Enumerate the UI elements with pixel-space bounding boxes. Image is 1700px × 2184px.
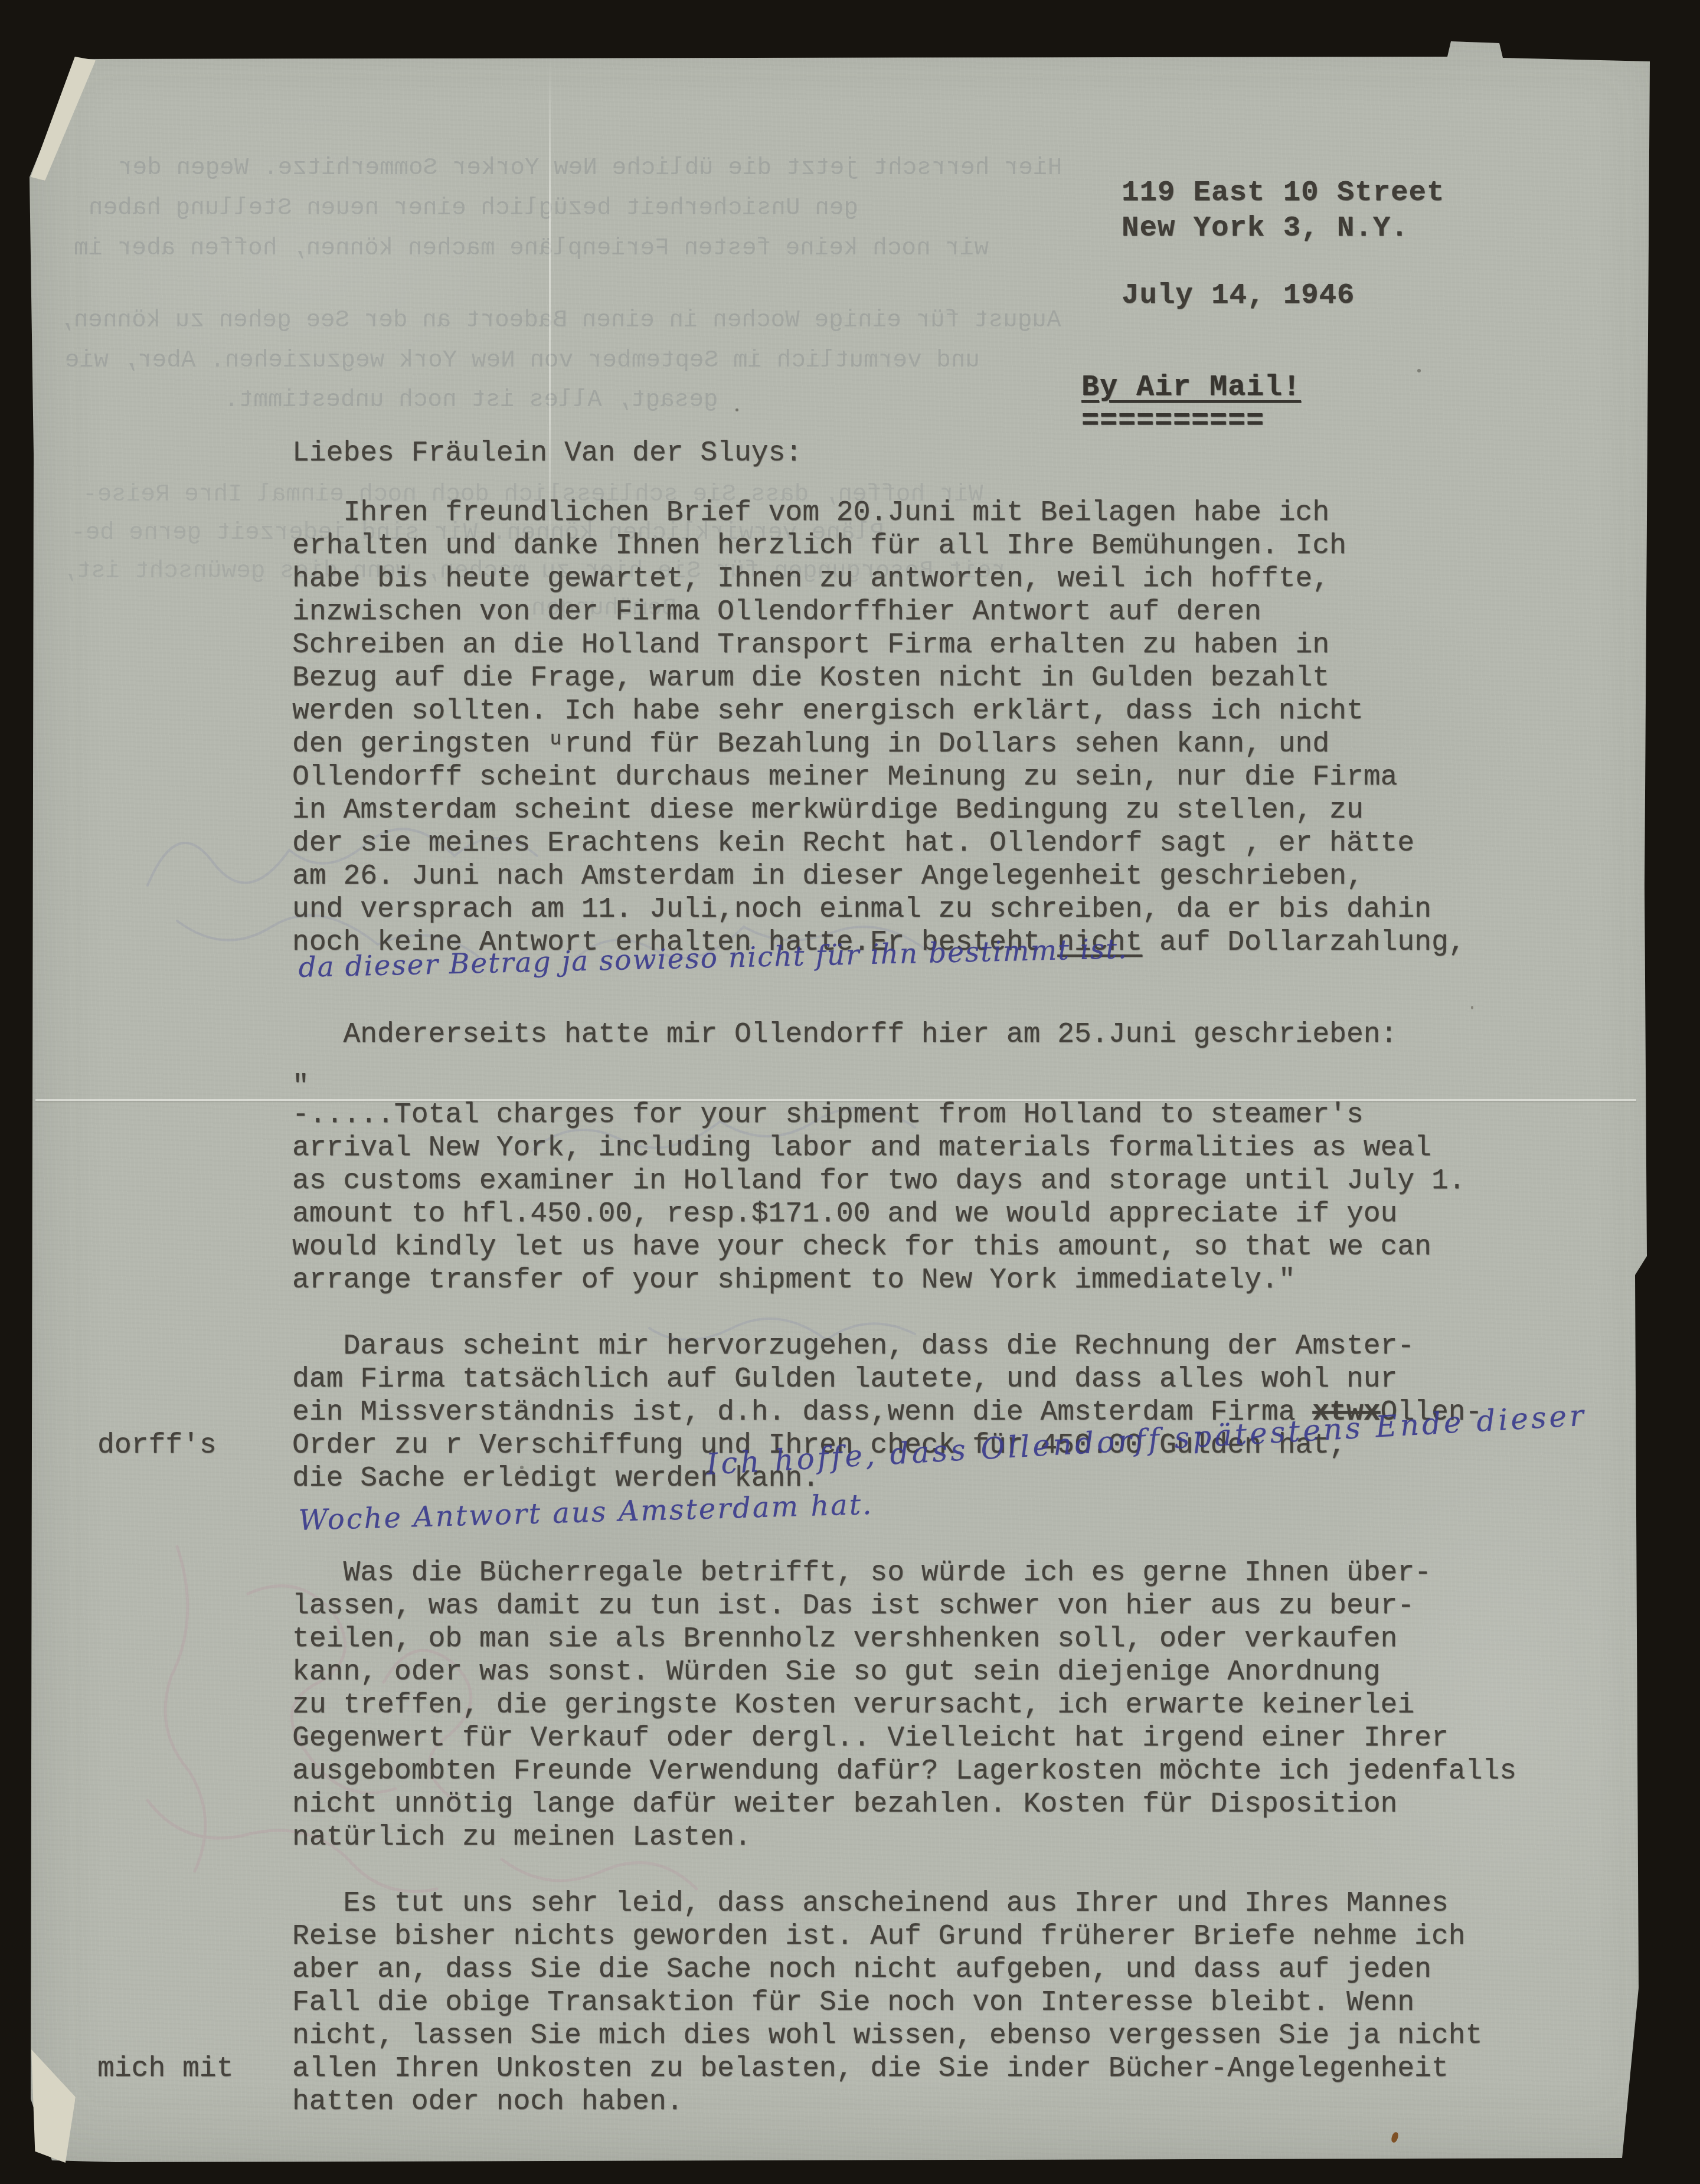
margin-note [97,629,292,662]
typed-line: dam Firma tatsächlich auf Gulden lautete… [97,1363,1516,1396]
typed-text: Gegenwert für Verkauf oder dergl.. Viell… [292,1722,1449,1755]
bleedthrough-line: August für einige Wochen in einen Badeor… [59,307,1061,334]
typed-text: Es tut uns sehr leid, dass anscheinend a… [292,1887,1449,1920]
typed-text: nicht unnötig lange dafür weiter bezahle… [292,1788,1397,1821]
typed-line: Gegenwert für Verkauf oder dergl.. Viell… [97,1722,1516,1755]
margin-note [97,1656,292,1689]
typed-line: ausgebombten Freunde Verwendung dafür? L… [97,1755,1516,1788]
typed-text: Bezug auf die Frage, warum die Kosten ni… [292,662,1329,695]
typed-text: nicht, lassen Sie mich dies wohl wissen,… [292,2019,1482,2052]
airmail-note: By Air Mail! [1081,371,1301,404]
typed-text: werden sollten. Ich habe sehr energisch … [292,695,1364,728]
margin-note [97,827,292,860]
typed-text: kann, oder was sonst. Würden Sie so gut … [292,1656,1381,1689]
typed-line: arrange transfer of your shipment to New… [97,1264,1516,1297]
typed-line: nicht unnötig lange dafür weiter bezahle… [97,1788,1516,1821]
margin-note [97,2085,292,2118]
typed-text: teilen, ob man sie als Brennholz vershhe… [292,1623,1397,1656]
typed-line: zu treffen, die geringste Kosten verursa… [97,1689,1516,1722]
margin-note: mich mit [97,2052,292,2085]
typed-text: aber an, dass Sie die Sache noch nicht a… [292,1953,1431,1986]
typed-text: arrival New York, including labor and ma… [292,1132,1431,1165]
typed-text: Andererseits hatte mir Ollendorff hier a… [292,1018,1397,1051]
margin-note [97,596,292,629]
typed-text: allen Ihren Unkosten zu belasten, die Si… [292,2052,1449,2085]
margin-note [97,1920,292,1953]
typed-line: teilen, ob man sie als Brennholz vershhe… [97,1623,1516,1656]
margin-note [97,1363,292,1396]
margin-note [97,926,292,959]
bleedthrough-line: gesagt, Alles ist noch unbestimmt. [224,387,718,414]
bleedthrough-line: und vermutlich im September von New York… [65,347,980,374]
typed-text: am 26. Juni nach Amsterdam in dieser Ang… [292,860,1364,893]
typed-line: Schreiben an die Holland Transport Firma… [97,629,1516,662]
margin-note [97,695,292,728]
margin-note [97,1986,292,2019]
margin-note [97,893,292,926]
sender-address: 119 East 10 Street New York 3, N.Y. July… [1122,175,1444,313]
typed-line: -.....Total charges for your shipment fr… [97,1098,1516,1132]
typed-line: und versprach am 11. Juli,noch einmal zu… [97,893,1516,926]
margin-note [97,662,292,695]
margin-note [97,761,292,794]
typed-line: erhalten und danke Ihnen herzlich für al… [97,529,1516,563]
letter-scan: Hier herrscht jetzt die übliche New York… [0,0,1700,2184]
typed-line: werden sollten. Ich habe sehr energisch … [97,695,1516,728]
margin-note [97,1396,292,1429]
margin-note: dorff's [97,1429,292,1462]
typed-line: Daraus scheint mir hervorzugehen, dass d… [97,1330,1516,1363]
typed-text: zu treffen, die geringste Kosten verursa… [292,1689,1414,1722]
typed-text: Fall die obige Transaktion für Sie noch … [292,1986,1414,2019]
typed-line: would kindly let us have your check for … [97,1231,1516,1264]
letter-paper: Hier herrscht jetzt die übliche New York… [0,0,1700,2184]
typed-line: Ihren freundlichen Brief vom 20.Juni mit… [97,496,1516,529]
typed-line: Reise bisher nichts geworden ist. Auf Gr… [97,1920,1516,1953]
typed-text: amount to hfl.450.00, resp.$171.00 and w… [292,1198,1397,1231]
margin-note [97,1722,292,1755]
address-line-2: New York 3, N.Y. [1122,210,1444,246]
typed-line: Es tut uns sehr leid, dass anscheinend a… [97,1887,1516,1920]
typed-line: am 26. Juni nach Amsterdam in dieser Ang… [97,860,1516,893]
typed-text: Reise bisher nichts geworden ist. Auf Gr… [292,1920,1466,1953]
typed-text: lassen, was damit zu tun ist. Das ist sc… [292,1590,1414,1623]
typed-line: Bezug auf die Frage, warum die Kosten ni… [97,662,1516,695]
bleedthrough-line: gen Unsicherheit bezüglich einer neuen S… [89,195,858,222]
bleedthrough-line: wir noch keine festen Ferienpläne machen… [74,235,989,262]
typed-text: Ollendorff scheint durchaus meiner Meinu… [292,761,1397,794]
typed-line: aber an, dass Sie die Sache noch nicht a… [97,1953,1516,1986]
margin-note [97,2019,292,2052]
margin-note [97,1462,292,1495]
typed-line: Liebes Fräulein Van der Sluys: [97,437,1516,470]
scan-background: { "scan": { "background_color": "#17140f… [0,0,1700,2184]
typed-text: dam Firma tatsächlich auf Gulden lautete… [292,1363,1397,1396]
margin-note [97,1098,292,1132]
margin-note [97,496,292,529]
margin-note [97,1887,292,1920]
paper-speck [735,408,738,411]
typed-rows: Liebes Fräulein Van der Sluys: Ihren fre… [97,437,1516,2118]
typed-line: " [97,1075,1516,1098]
margin-note [97,1264,292,1297]
typed-text: Was die Bücherregale betrifft, so würde … [292,1557,1431,1590]
typed-text: ausgebombten Freunde Verwendung dafür? L… [292,1755,1516,1788]
margin-note [97,794,292,827]
margin-note [97,860,292,893]
margin-note [97,1198,292,1231]
typed-line: arrival New York, including labor and ma… [97,1132,1516,1165]
margin-note [97,1953,292,1986]
typed-text: would kindly let us have your check for … [292,1231,1431,1264]
typed-line: Andererseits hatte mir Ollendorff hier a… [97,1018,1516,1051]
margin-note [97,1132,292,1165]
typed-text: Liebes Fräulein Van der Sluys: [292,437,802,470]
letter-date: July 14, 1946 [1122,277,1444,313]
bleedthrough-line: Hier herrscht jetzt die übliche New York… [118,155,1062,182]
typed-line: mich mitallen Ihren Unkosten zu belasten… [97,2052,1516,2085]
typed-text: -.....Total charges for your shipment fr… [292,1098,1364,1132]
typed-text: Ihren freundlichen Brief vom 20.Juni mit… [292,496,1329,529]
typed-text: der sie meines Erachtens kein Recht hat.… [292,827,1414,860]
typed-line: hatten oder noch haben. [97,2085,1516,2118]
airmail-underline: ========== [1081,405,1264,439]
margin-note [97,1018,292,1051]
typed-line: der sie meines Erachtens kein Recht hat.… [97,827,1516,860]
margin-note [97,529,292,563]
paper-speck [1390,2131,1399,2143]
typed-text: hatten oder noch haben. [292,2085,684,2118]
typed-line: nicht, lassen Sie mich dies wohl wissen,… [97,2019,1516,2052]
margin-note [97,563,292,596]
margin-note [97,1590,292,1623]
margin-note [97,728,292,761]
typed-text: Daraus scheint mir hervorzugehen, dass d… [292,1330,1414,1363]
margin-note [97,1689,292,1722]
typed-text: erhalten und danke Ihnen herzlich für al… [292,529,1346,563]
address-line-1: 119 East 10 Street [1122,175,1444,210]
typed-line: Fall die obige Transaktion für Sie noch … [97,1986,1516,2019]
margin-note [97,1330,292,1363]
margin-note [97,1788,292,1821]
margin-note [97,1755,292,1788]
typed-line: lassen, was damit zu tun ist. Das ist sc… [97,1590,1516,1623]
typed-text: in Amsterdam scheint diese merkwürdige B… [292,794,1364,827]
typed-text: natürlich zu meinen Lasten. [292,1821,751,1854]
typed-line: inzwischen von der Firma Ollendorffhier … [97,596,1516,629]
margin-note [97,1821,292,1854]
typed-text: habe bis heute gewartet, Ihnen zu antwor… [292,563,1329,596]
typed-line: amount to hfl.450.00, resp.$171.00 and w… [97,1198,1516,1231]
margin-note [97,1075,292,1098]
typed-line: Was die Bücherregale betrifft, so würde … [97,1557,1516,1590]
typed-line: Ollendorff scheint durchaus meiner Meinu… [97,761,1516,794]
typed-text: inzwischen von der Firma Ollendorffhier … [292,596,1261,629]
fold-crease-horizontal [35,1099,1636,1101]
paper-speck [1471,1006,1473,1009]
typed-text: und versprach am 11. Juli,noch einmal zu… [292,893,1431,926]
margin-note [97,437,292,470]
typed-line: den geringsten ᵘrund für Bezahlung in Do… [97,728,1516,761]
typed-line: in Amsterdam scheint diese merkwürdige B… [97,794,1516,827]
margin-note [97,1623,292,1656]
typed-line: kann, oder was sonst. Würden Sie so gut … [97,1656,1516,1689]
typed-line: natürlich zu meinen Lasten. [97,1821,1516,1854]
typed-line: habe bis heute gewartet, Ihnen zu antwor… [97,563,1516,596]
margin-note [97,1165,292,1198]
margin-note [97,1557,292,1590]
fold-crease-vertical [549,57,551,576]
margin-note [97,1231,292,1264]
typed-text: " [292,1075,309,1098]
typed-text: as customs examiner in Holland for two d… [292,1165,1466,1198]
typed-text: arrange transfer of your shipment to New… [292,1264,1295,1297]
typed-line: as customs examiner in Holland for two d… [97,1165,1516,1198]
typed-text: den geringsten ᵘrund für Bezahlung in Do… [292,728,1329,761]
typed-text: Schreiben an die Holland Transport Firma… [292,629,1329,662]
